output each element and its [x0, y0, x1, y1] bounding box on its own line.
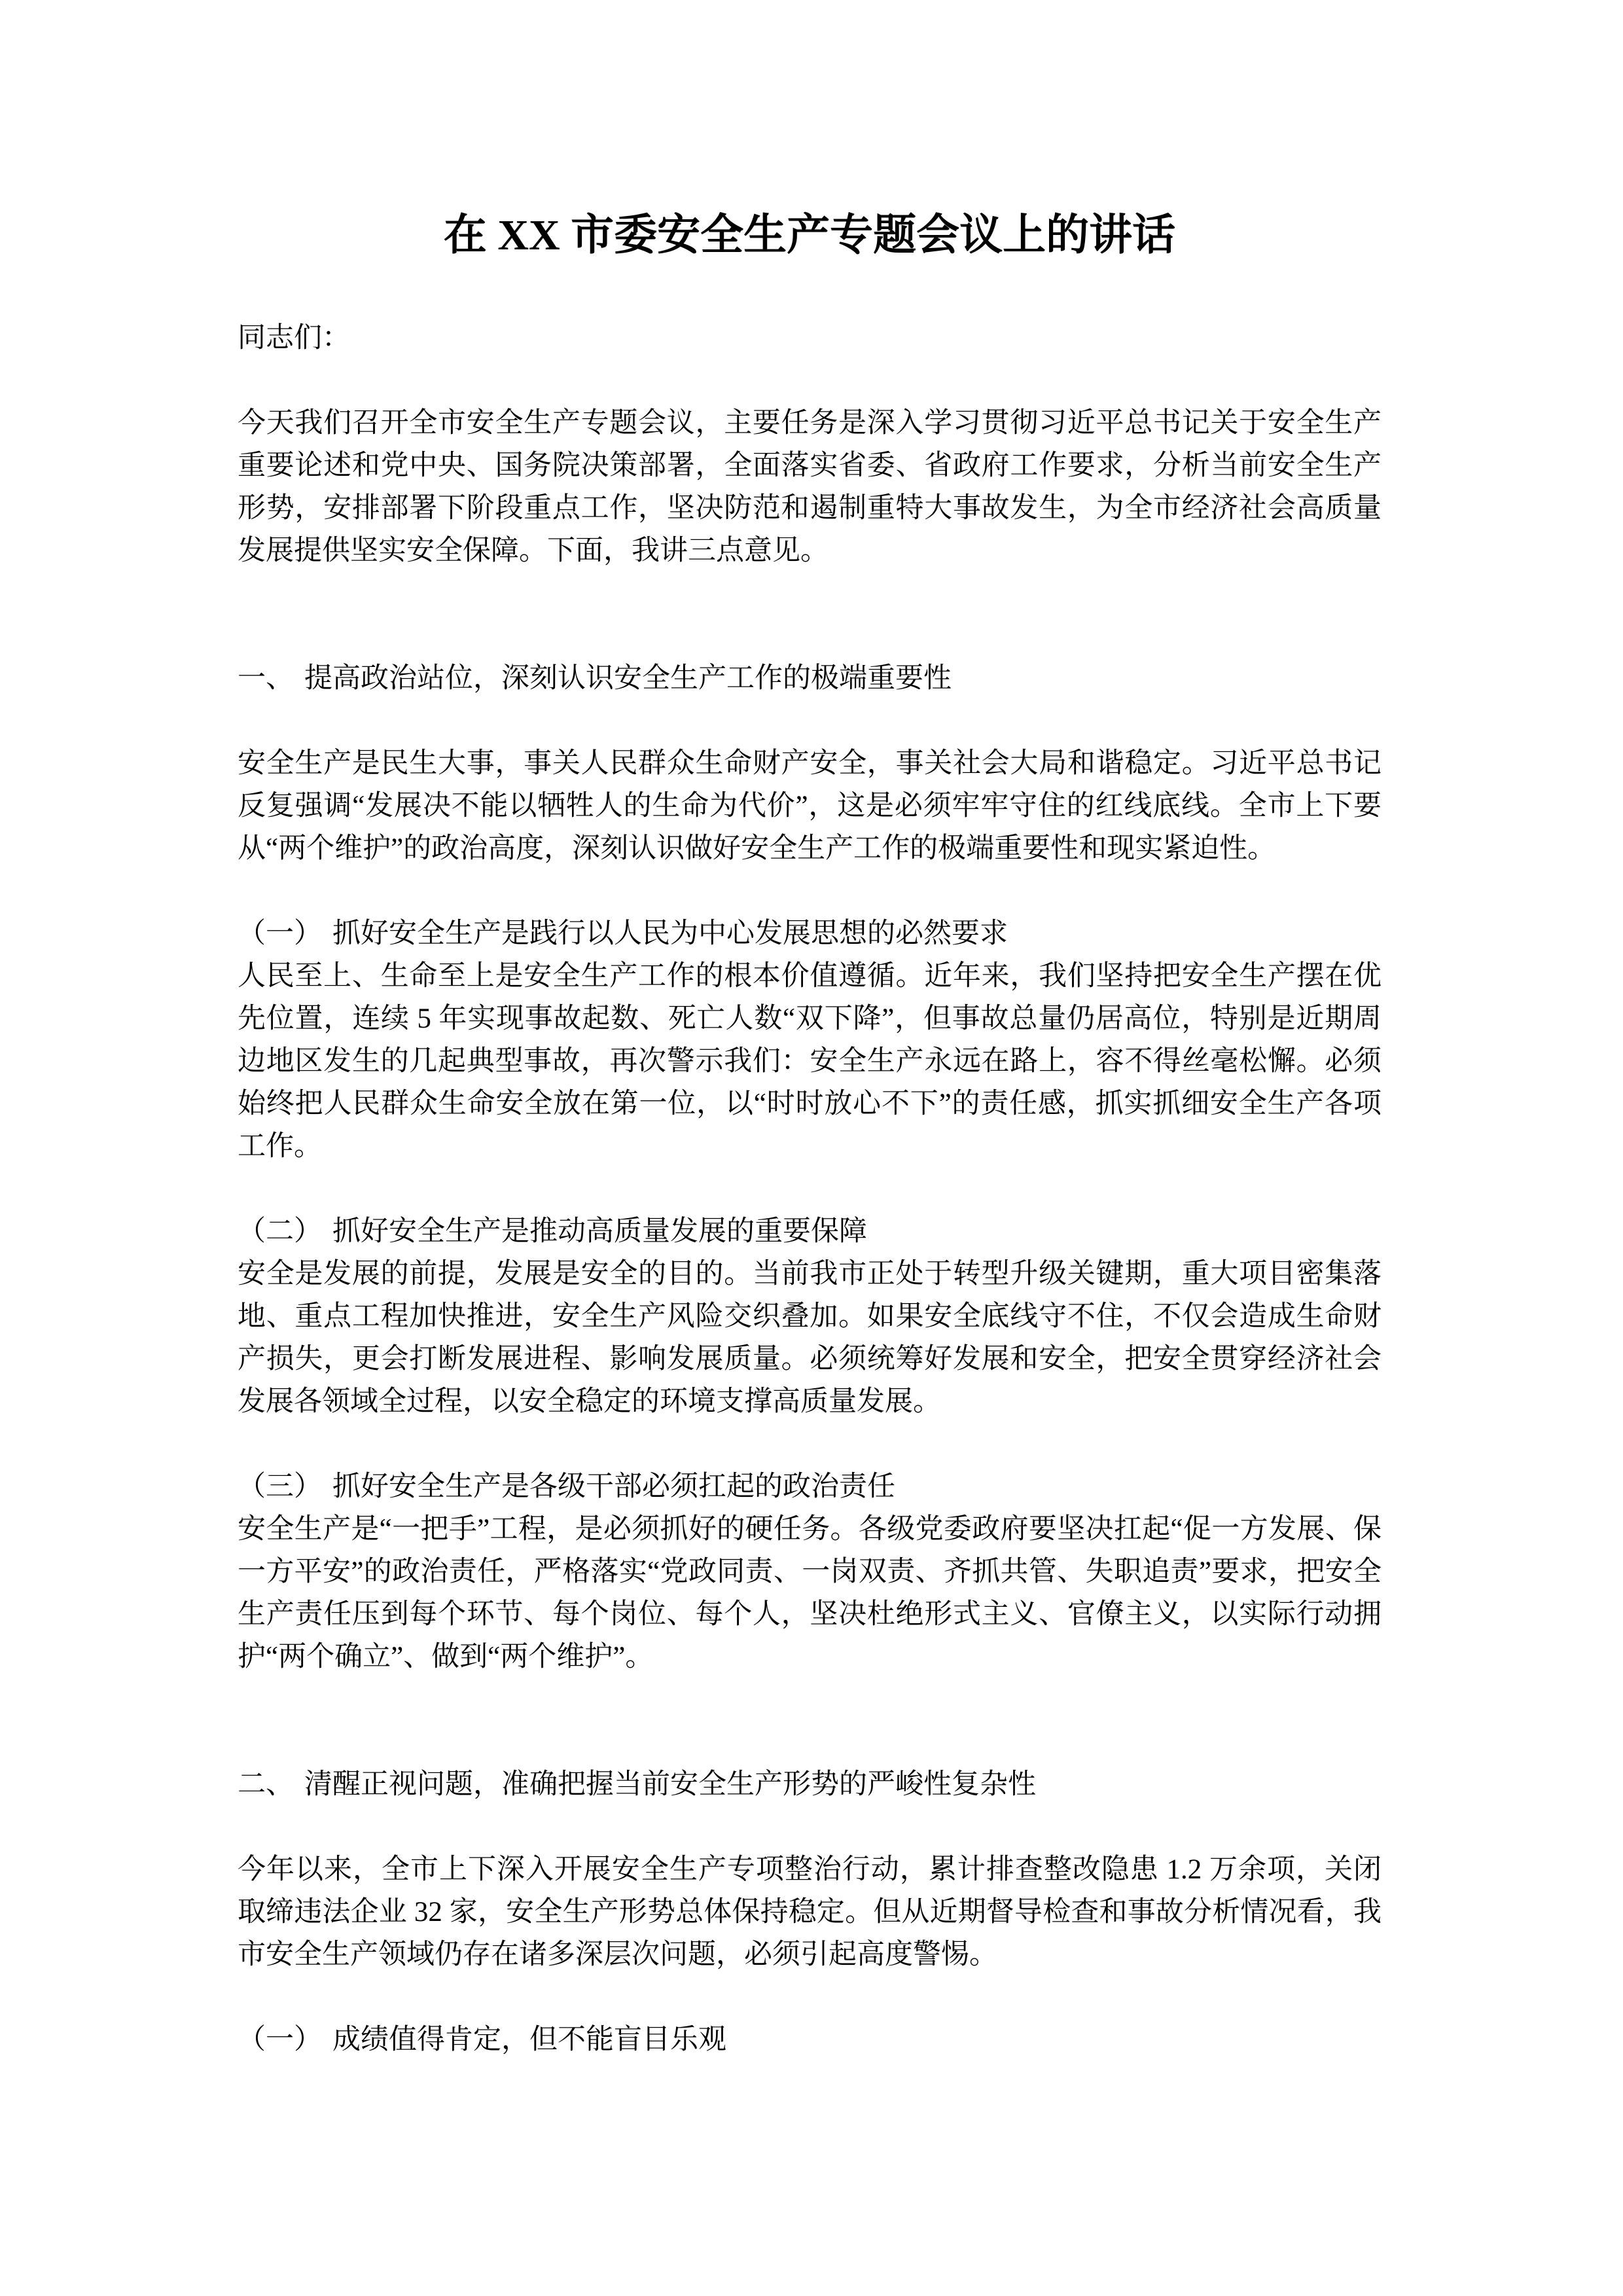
intro-paragraph: 今天我们召开全市安全生产专题会议，主要任务是深入学习贯彻习近平总书记关于安全生产…	[238, 402, 1382, 572]
section-1-item-3-heading: （三）抓好安全生产是各级干部必须扛起的政治责任	[238, 1465, 1382, 1508]
section-2-heading: 二、清醒正视问题，准确把握当前安全生产形势的严峻性复杂性	[238, 1763, 1382, 1806]
document-page: 在 XX 市委安全生产专题会议上的讲话 同志们： 今天我们召开全市安全生产专题会…	[0, 0, 1623, 2296]
section-1-item-2-title: 抓好安全生产是推动高质量发展的重要保障	[332, 1216, 867, 1247]
section-1-item-2-heading: （二）抓好安全生产是推动高质量发展的重要保障	[238, 1210, 1382, 1253]
section-1-item-3-title: 抓好安全生产是各级干部必须扛起的政治责任	[332, 1471, 895, 1502]
section-1-item-1: （一）抓好安全生产是践行以人民为中心发展思想的必然要求 人民至上、生命至上是安全…	[238, 912, 1382, 1168]
section-1-item-1-title: 抓好安全生产是践行以人民为中心发展思想的必然要求	[332, 918, 1008, 949]
section-1-item-1-heading: （一）抓好安全生产是践行以人民为中心发展思想的必然要求	[238, 912, 1382, 955]
section-2-item-1-heading: （一）成绩值得肯定，但不能盲目乐观	[238, 2018, 1382, 2061]
section-1-title: 提高政治站位，深刻认识安全生产工作的极端重要性	[304, 663, 952, 694]
document-content: 在 XX 市委安全生产专题会议上的讲话 同志们： 今天我们召开全市安全生产专题会…	[238, 0, 1382, 2061]
section-2-item-1-number: （一）	[238, 2018, 322, 2061]
section-1-number: 一、	[238, 657, 294, 700]
section-1-item-1-body: 人民至上、生命至上是安全生产工作的根本价值遵循。近年来，我们坚持把安全生产摆在优…	[238, 955, 1382, 1168]
section-2-number: 二、	[238, 1763, 294, 1806]
section-2-lead: 今年以来，全市上下深入开展安全生产专项整治行动，累计排查整改隐患 1.2 万余项…	[238, 1848, 1382, 1976]
section-1-item-1-number: （一）	[238, 912, 322, 955]
section-2-item-1-title: 成绩值得肯定，但不能盲目乐观	[332, 2024, 726, 2055]
section-1-item-3: （三）抓好安全生产是各级干部必须扛起的政治责任 安全生产是“一把手”工程，是必须…	[238, 1465, 1382, 1678]
section-1-lead: 安全生产是民生大事，事关人民群众生命财产安全，事关社会大局和谐稳定。习近平总书记…	[238, 742, 1382, 870]
section-1-item-2: （二）抓好安全生产是推动高质量发展的重要保障 安全是发展的前提，发展是安全的目的…	[238, 1210, 1382, 1423]
section-2-title: 清醒正视问题，准确把握当前安全生产形势的严峻性复杂性	[304, 1769, 1036, 1800]
section-1-heading: 一、提高政治站位，深刻认识安全生产工作的极端重要性	[238, 657, 1382, 700]
section-1-item-2-body: 安全是发展的前提，发展是安全的目的。当前我市正处于转型升级关键期，重大项目密集落…	[238, 1253, 1382, 1423]
section-2-item-1: （一）成绩值得肯定，但不能盲目乐观	[238, 2018, 1382, 2061]
section-1-item-3-body: 安全生产是“一把手”工程，是必须抓好的硬任务。各级党委政府要坚决扛起“促一方发展…	[238, 1508, 1382, 1678]
document-title: 在 XX 市委安全生产专题会议上的讲话	[238, 204, 1382, 267]
section-1-item-2-number: （二）	[238, 1210, 322, 1253]
salutation: 同志们：	[238, 317, 1382, 359]
section-1-item-3-number: （三）	[238, 1465, 322, 1508]
